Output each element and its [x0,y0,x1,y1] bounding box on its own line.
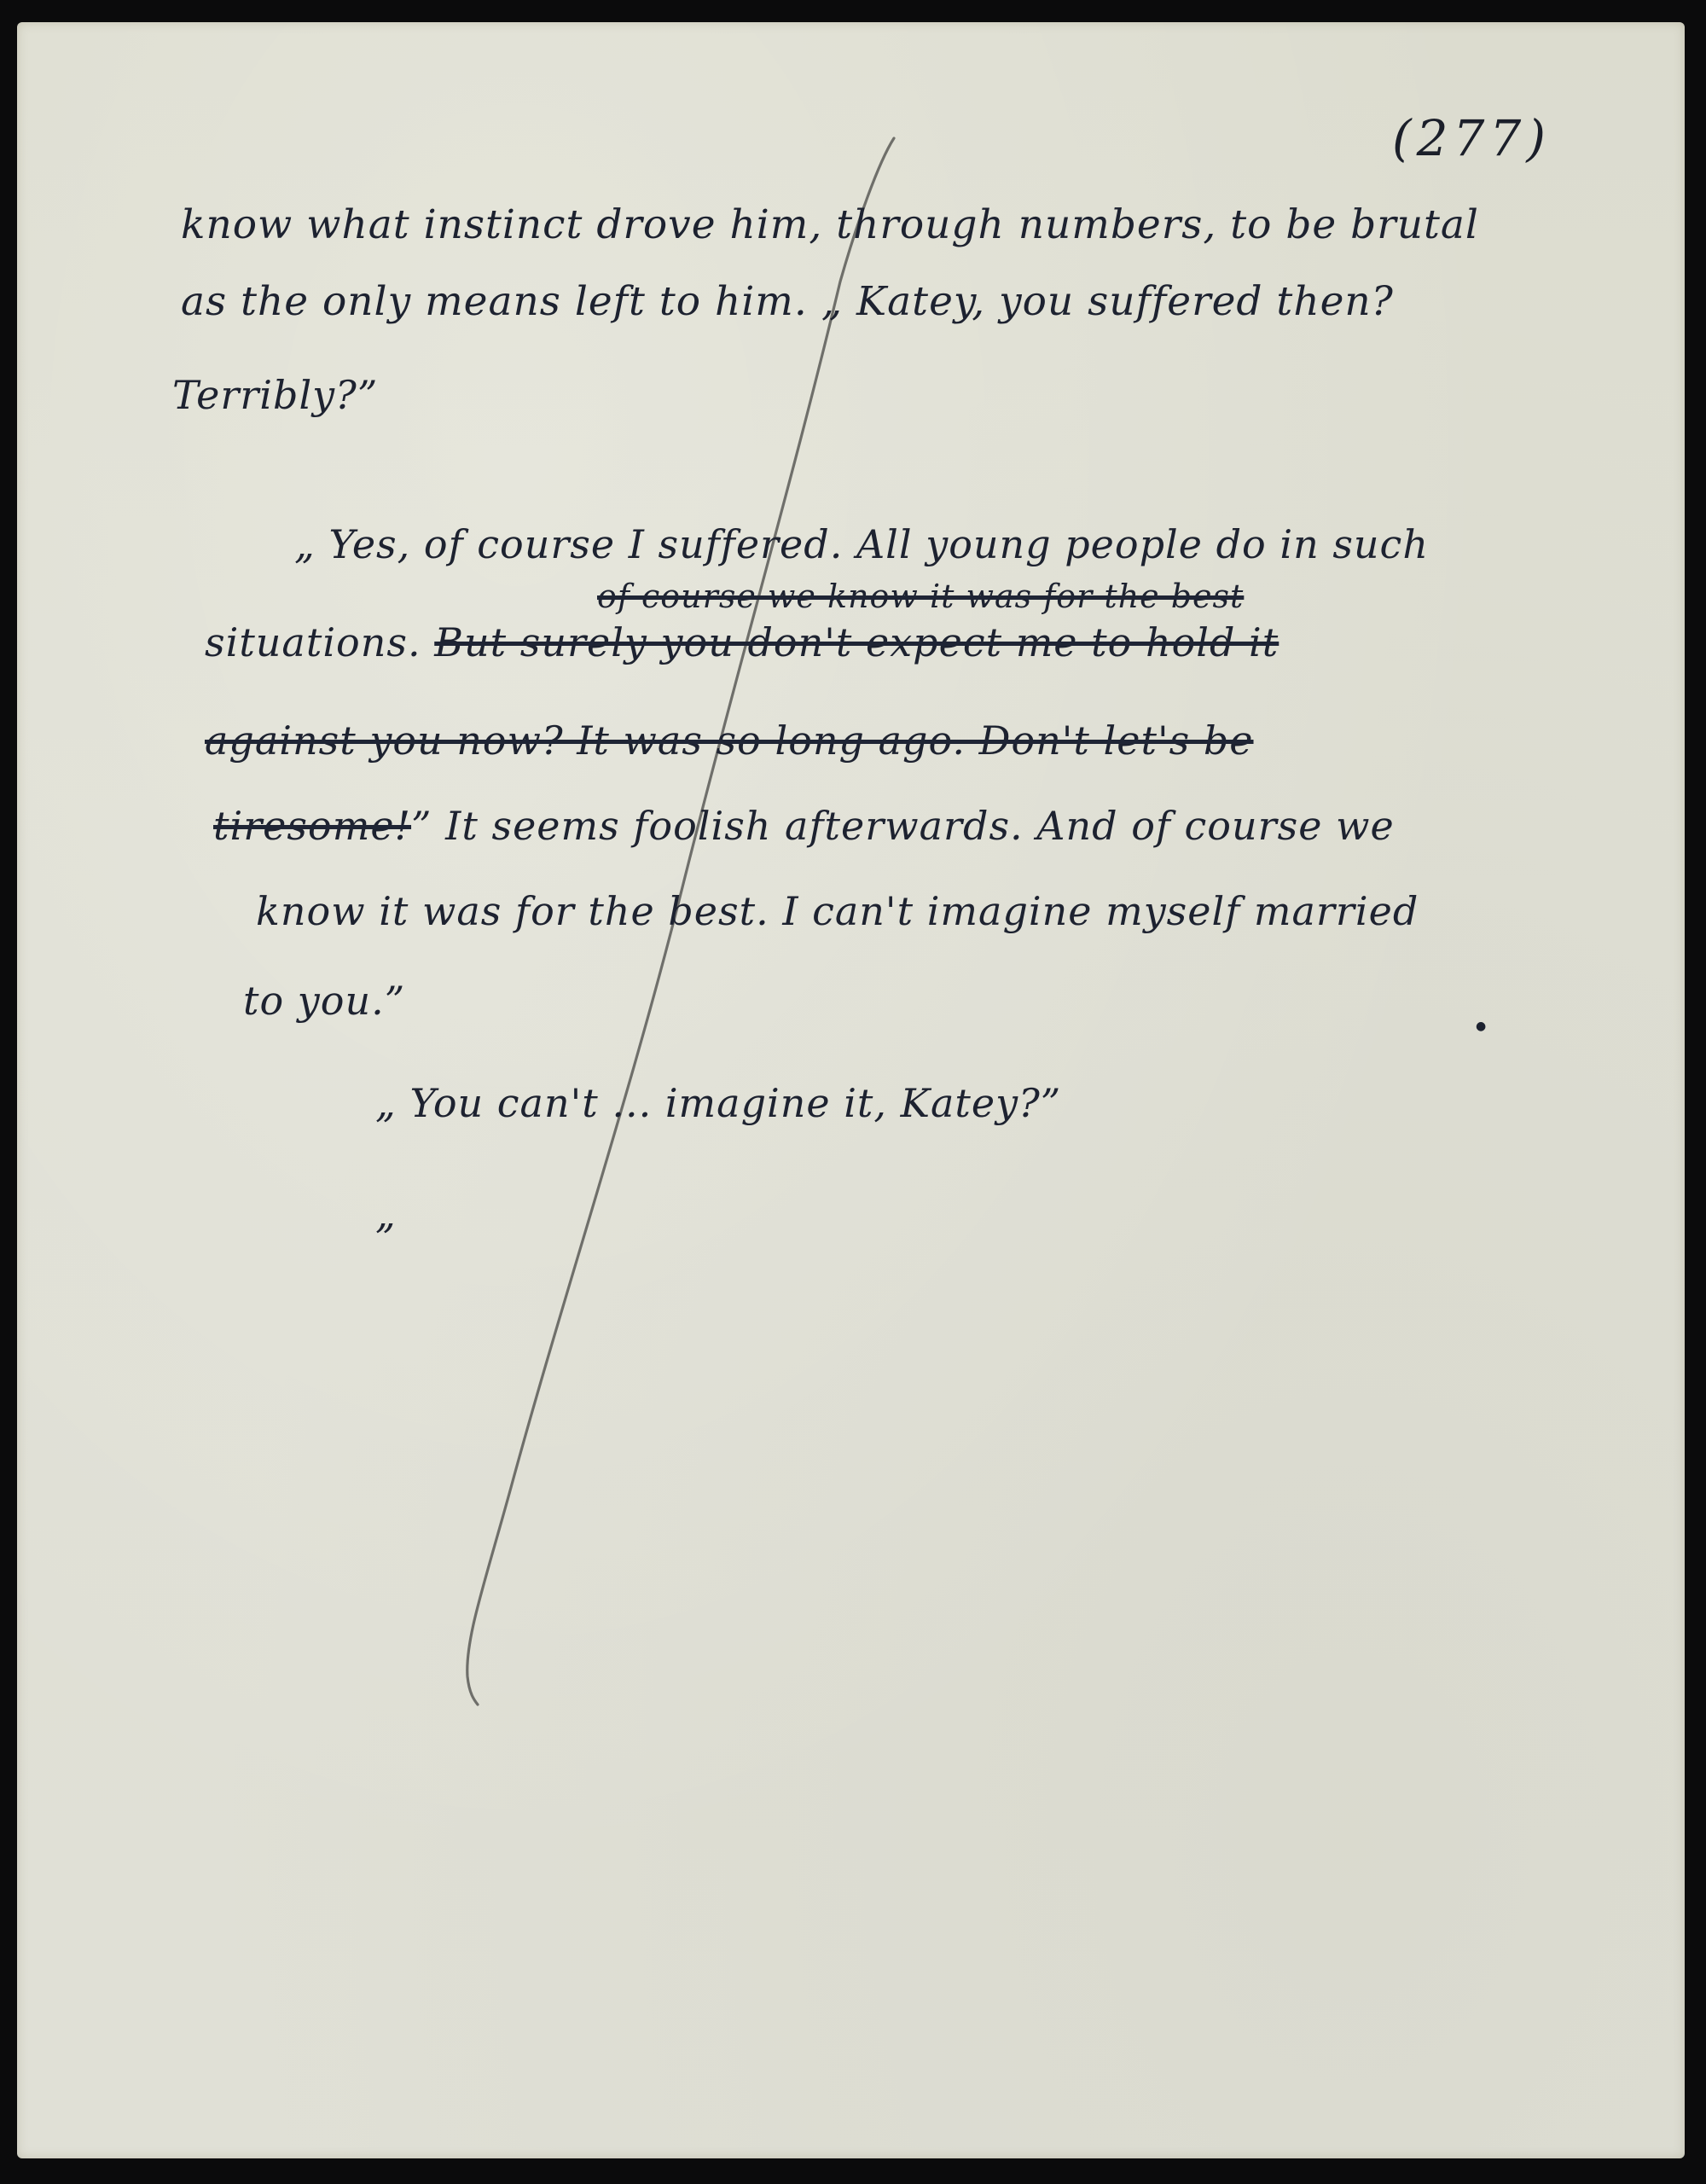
scanned-manuscript: (277) know what instinct drove him, thro… [0,0,1706,2184]
manuscript-line-9: to you.” [243,981,405,1020]
manuscript-line-8: know it was for the best. I can't imagin… [256,892,1419,931]
struck-text: But surely you don't expect me to hold i… [434,619,1279,665]
kept-text: ” It seems foolish afterwards. And of co… [411,803,1395,849]
manuscript-line-3: Terribly?” [172,375,378,415]
struck-insertion: of course we know it was for the best [597,580,1244,613]
manuscript-line-4: „ Yes, of course I suffered. All young p… [294,525,1429,564]
manuscript-line-6-struck: against you now? It was so long ago. Don… [205,721,1254,760]
ink-dot: ● [1476,1019,1486,1033]
manuscript-line-10: „ You can't ... imagine it, Katey?” [375,1083,1061,1123]
manuscript-line-5: situations. But surely you don't expect … [205,623,1279,662]
struck-text: tiresome! [213,803,411,849]
manuscript-line-2: as the only means left to him. „ Katey, … [181,282,1394,322]
manuscript-line-7: tiresome!” It seems foolish afterwards. … [213,806,1395,845]
page-number: (277) [1392,109,1551,167]
manuscript-line-1: know what instinct drove him, through nu… [181,205,1479,245]
kept-text: situations. [205,619,421,665]
manuscript-line-11: „ [375,1194,397,1234]
